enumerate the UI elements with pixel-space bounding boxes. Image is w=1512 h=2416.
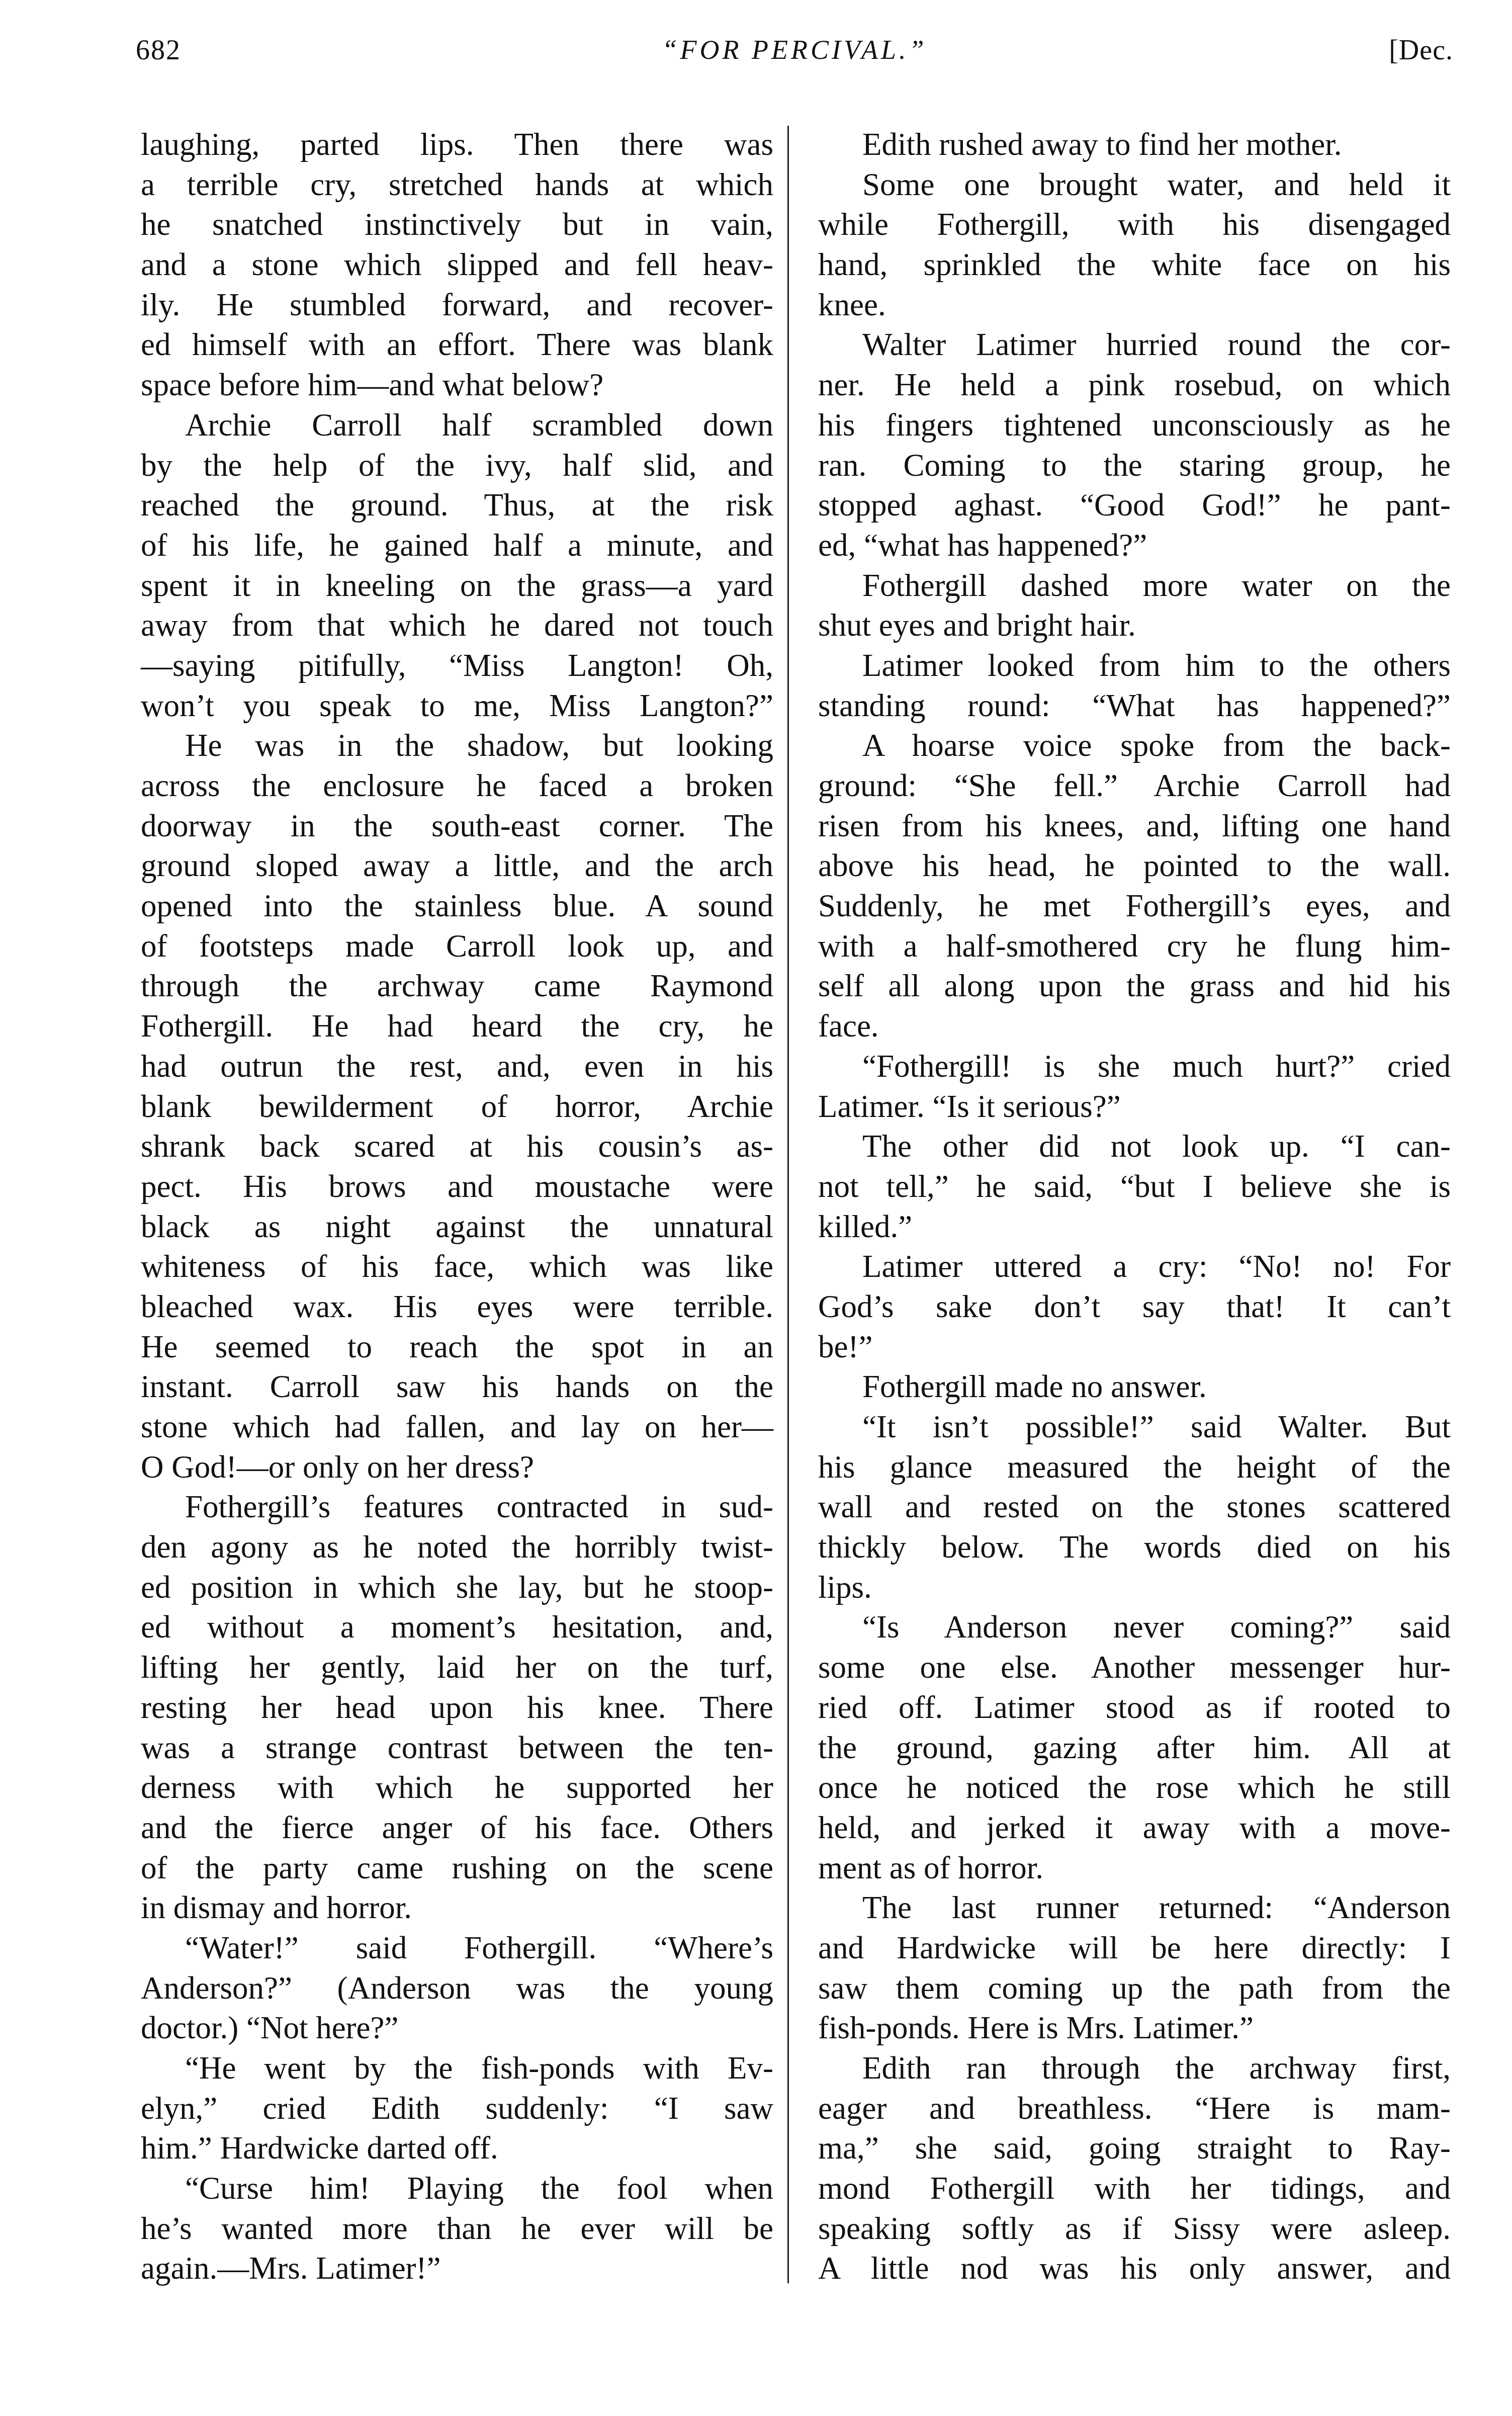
text-line: Edith rushed away to find her mother. — [818, 125, 1451, 165]
text-line: ner. He held a pink rosebud, on which — [818, 365, 1451, 405]
text-line: Latimer looked from him to the others — [818, 646, 1451, 686]
text-line: He was in the shadow, but looking — [141, 726, 773, 766]
text-line-content: wall and rested on the stones scattered — [818, 1487, 1451, 1527]
text-line: again.—Mrs. Latimer!” — [141, 2249, 773, 2289]
text-line: shut eyes and bright hair. — [818, 606, 1451, 646]
text-line: was a strange contrast between the ten- — [141, 1728, 773, 1768]
text-line: The other did not look up. “I can- — [818, 1127, 1451, 1167]
text-line: won’t you speak to me, Miss Langton?” — [141, 686, 773, 726]
text-line: knee. — [818, 285, 1451, 325]
text-line: him.” Hardwicke darted off. — [141, 2128, 773, 2169]
text-line-content: A hoarse voice spoke from the back- — [862, 726, 1451, 766]
text-line-content: ran. Coming to the staring group, he — [818, 446, 1451, 486]
text-line: saw them coming up the path from the — [818, 1968, 1451, 2009]
text-line-content: shrank back scared at his cousin’s as- — [141, 1127, 773, 1167]
text-line: above his head, he pointed to the wall. — [818, 846, 1451, 886]
text-line: elyn,” cried Edith suddenly: “I saw — [141, 2089, 773, 2129]
text-line-content: saw them coming up the path from the — [818, 1968, 1451, 2009]
text-line-content: face. — [818, 1006, 1451, 1047]
text-line-content: Fothergill dashed more water on the — [862, 566, 1451, 606]
text-line-content: his glance measured the height of the — [818, 1447, 1451, 1488]
text-line-content: in dismay and horror. — [141, 1888, 773, 1928]
running-header: 682 “FOR PERCIVAL.” [Dec. — [136, 34, 1453, 74]
text-line: fish-ponds. Here is Mrs. Latimer.” — [818, 2008, 1451, 2048]
text-line: laughing, parted lips. Then there was — [141, 125, 773, 165]
text-line: ed without a moment’s hesitation, and, — [141, 1607, 773, 1648]
text-line-content: above his head, he pointed to the wall. — [818, 846, 1451, 886]
text-line-content: “Curse him! Playing the fool when — [185, 2169, 773, 2209]
text-line: pect. His brows and moustache were — [141, 1167, 773, 1207]
text-line: ed position in which she lay, but he sto… — [141, 1568, 773, 1608]
text-line: wall and rested on the stones scattered — [818, 1487, 1451, 1527]
text-line-content: shut eyes and bright hair. — [818, 606, 1451, 646]
text-line-content: doctor.) “Not here?” — [141, 2008, 773, 2048]
text-line-content: spent it in kneeling on the grass—a yard — [141, 566, 773, 606]
text-line-content: he snatched instinctively but in vain, — [141, 205, 773, 245]
text-line-content: Edith ran through the archway first, — [862, 2048, 1451, 2089]
text-line: “Fothergill! is she much hurt?” cried — [818, 1047, 1451, 1087]
text-line: speaking softly as if Sissy were asleep. — [818, 2209, 1451, 2249]
text-line-content: not tell,” he said, “but I believe she i… — [818, 1167, 1451, 1207]
text-line-content: “Is Anderson never coming?” said — [862, 1607, 1451, 1648]
text-line: once he noticed the rose which he still — [818, 1768, 1451, 1808]
text-line: ried off. Latimer stood as if rooted to — [818, 1688, 1451, 1728]
text-line-content: lifting her gently, laid her on the turf… — [141, 1648, 773, 1688]
text-line: he’s wanted more than he ever will be — [141, 2209, 773, 2249]
text-line-content: held, and jerked it away with a move- — [818, 1808, 1451, 1848]
text-line-content: once he noticed the rose which he still — [818, 1768, 1451, 1808]
text-line: be!” — [818, 1327, 1451, 1367]
text-line-content: blank bewilderment of horror, Archie — [141, 1087, 773, 1127]
text-line-content: hand, sprinkled the white face on his — [818, 245, 1451, 285]
text-line: of the party came rushing on the scene — [141, 1848, 773, 1888]
text-line-content: Archie Carroll half scrambled down — [185, 405, 773, 446]
text-line-content: elyn,” cried Edith suddenly: “I saw — [141, 2089, 773, 2129]
text-line-content: “He went by the fish-ponds with Ev- — [185, 2048, 773, 2089]
text-line: A little nod was his only answer, and — [818, 2249, 1451, 2289]
text-line: doctor.) “Not here?” — [141, 2008, 773, 2048]
left-column: laughing, parted lips. Then there wasa t… — [141, 125, 773, 2289]
text-line: shrank back scared at his cousin’s as- — [141, 1127, 773, 1167]
text-line: ed himself with an effort. There was bla… — [141, 325, 773, 365]
text-line-content: Walter Latimer hurried round the cor- — [862, 325, 1451, 365]
text-line-content: ma,” she said, going straight to Ray- — [818, 2128, 1451, 2169]
text-line-content: standing round: “What has happened?” — [818, 686, 1451, 726]
text-line: risen from his knees, and, lifting one h… — [818, 806, 1451, 846]
text-line-content: had outrun the rest, and, even in his — [141, 1047, 773, 1087]
text-line: hand, sprinkled the white face on his — [818, 245, 1451, 285]
text-line-content: laughing, parted lips. Then there was — [141, 125, 773, 165]
text-line: lifting her gently, laid her on the turf… — [141, 1648, 773, 1688]
text-line-content: “Fothergill! is she much hurt?” cried — [862, 1047, 1451, 1087]
text-line: Some one brought water, and held it — [818, 165, 1451, 205]
text-line-content: Some one brought water, and held it — [862, 165, 1451, 205]
text-line-content: and Hardwicke will be here directly: I — [818, 1928, 1451, 1968]
text-line: held, and jerked it away with a move- — [818, 1808, 1451, 1848]
text-line-content: space before him—and what below? — [141, 365, 773, 405]
text-line: had outrun the rest, and, even in his — [141, 1047, 773, 1087]
text-line-content: “It isn’t possible!” said Walter. But — [862, 1407, 1451, 1447]
text-line-content: He was in the shadow, but looking — [185, 726, 773, 766]
text-line-content: bleached wax. His eyes were terrible. — [141, 1287, 773, 1327]
text-line-content: again.—Mrs. Latimer!” — [141, 2249, 773, 2289]
text-line: ma,” she said, going straight to Ray- — [818, 2128, 1451, 2169]
text-line: “It isn’t possible!” said Walter. But — [818, 1407, 1451, 1447]
text-line-content: knee. — [818, 285, 1451, 325]
text-line-content: pect. His brows and moustache were — [141, 1167, 773, 1207]
text-line: He seemed to reach the spot in an — [141, 1327, 773, 1367]
text-line-content: Latimer uttered a cry: “No! no! For — [862, 1247, 1451, 1287]
text-line-content: doorway in the south-east corner. The — [141, 806, 773, 846]
text-line-content: Fothergill made no answer. — [862, 1367, 1451, 1407]
text-line: the ground, gazing after him. All at — [818, 1728, 1451, 1768]
text-line: “Is Anderson never coming?” said — [818, 1607, 1451, 1648]
text-line-content: away from that which he dared not touch — [141, 606, 773, 646]
text-line: and a stone which slipped and fell heav- — [141, 245, 773, 285]
text-line-content: self all along upon the grass and hid hi… — [818, 966, 1451, 1006]
text-line: in dismay and horror. — [141, 1888, 773, 1928]
text-line: killed.” — [818, 1207, 1451, 1247]
text-line-content: thickly below. The words died on his — [818, 1527, 1451, 1568]
text-line-content: opened into the stainless blue. A sound — [141, 886, 773, 926]
text-line-content: won’t you speak to me, Miss Langton?” — [141, 686, 773, 726]
text-line-content: of the party came rushing on the scene — [141, 1848, 773, 1888]
text-line-content: A little nod was his only answer, and — [818, 2249, 1451, 2289]
text-line-content: and the fierce anger of his face. Others — [141, 1808, 773, 1848]
text-line: some one else. Another messenger hur- — [818, 1648, 1451, 1688]
text-line: through the archway came Raymond — [141, 966, 773, 1006]
text-line: Fothergill made no answer. — [818, 1367, 1451, 1407]
text-line: his glance measured the height of the — [818, 1447, 1451, 1488]
text-line: space before him—and what below? — [141, 365, 773, 405]
text-line: spent it in kneeling on the grass—a yard — [141, 566, 773, 606]
text-line: mond Fothergill with her tidings, and — [818, 2169, 1451, 2209]
text-line-content: ried off. Latimer stood as if rooted to — [818, 1688, 1451, 1728]
text-line: and the fierce anger of his face. Others — [141, 1808, 773, 1848]
text-line-content: The other did not look up. “I can- — [862, 1127, 1451, 1167]
text-line-content: lips. — [818, 1568, 1451, 1608]
text-line: stopped aghast. “Good God!” he pant- — [818, 485, 1451, 526]
text-line-content: O God!—or only on her dress? — [141, 1447, 773, 1488]
text-line-content: Latimer looked from him to the others — [862, 646, 1451, 686]
text-line: by the help of the ivy, half slid, and — [141, 446, 773, 486]
text-line: Latimer uttered a cry: “No! no! For — [818, 1247, 1451, 1287]
text-line-content: across the enclosure he faced a broken — [141, 766, 773, 806]
text-line-content: ner. He held a pink rosebud, on which — [818, 365, 1451, 405]
text-line-content: ed himself with an effort. There was bla… — [141, 325, 773, 365]
text-line: ran. Coming to the staring group, he — [818, 446, 1451, 486]
text-line: bleached wax. His eyes were terrible. — [141, 1287, 773, 1327]
text-line-content: resting her head upon his knee. There — [141, 1688, 773, 1728]
text-line-content: him.” Hardwicke darted off. — [141, 2128, 773, 2169]
text-line: across the enclosure he faced a broken — [141, 766, 773, 806]
text-line-content: ground: “She fell.” Archie Carroll had — [818, 766, 1451, 806]
text-line-content: Edith rushed away to find her mother. — [862, 125, 1451, 165]
text-line-content: through the archway came Raymond — [141, 966, 773, 1006]
text-line: away from that which he dared not touch — [141, 606, 773, 646]
text-line: whiteness of his face, which was like — [141, 1247, 773, 1287]
text-line-content: ily. He stumbled forward, and recover- — [141, 285, 773, 325]
text-line-content: Latimer. “Is it serious?” — [818, 1087, 1451, 1127]
text-line: Fothergill’s features contracted in sud- — [141, 1487, 773, 1527]
text-line-content: risen from his knees, and, lifting one h… — [818, 806, 1451, 846]
text-line: face. — [818, 1006, 1451, 1047]
text-line: doorway in the south-east corner. The — [141, 806, 773, 846]
text-line: self all along upon the grass and hid hi… — [818, 966, 1451, 1006]
text-line: he snatched instinctively but in vain, — [141, 205, 773, 245]
text-line: of footsteps made Carroll look up, and — [141, 926, 773, 967]
text-line-content: the ground, gazing after him. All at — [818, 1728, 1451, 1768]
text-line-content: derness with which he supported her — [141, 1768, 773, 1808]
text-line: “Water!” said Fothergill. “Where’s — [141, 1928, 773, 1968]
running-title: “FOR PERCIVAL.” — [136, 34, 1453, 65]
text-line-content: he’s wanted more than he ever will be — [141, 2209, 773, 2249]
text-line-content: was a strange contrast between the ten- — [141, 1728, 773, 1768]
text-line-content: ground sloped away a little, and the arc… — [141, 846, 773, 886]
text-line-content: of his life, he gained half a minute, an… — [141, 526, 773, 566]
text-line-content: black as night against the unnatural — [141, 1207, 773, 1247]
text-line-content: ed position in which she lay, but he sto… — [141, 1568, 773, 1608]
text-line-content: a terrible cry, stretched hands at which — [141, 165, 773, 205]
text-line-content: The last runner returned: “Anderson — [862, 1888, 1451, 1928]
text-line: a terrible cry, stretched hands at which — [141, 165, 773, 205]
text-line-content: stopped aghast. “Good God!” he pant- — [818, 485, 1451, 526]
text-line-content: be!” — [818, 1327, 1451, 1367]
text-line: Fothergill dashed more water on the — [818, 566, 1451, 606]
text-line: with a half-smothered cry he flung him- — [818, 926, 1451, 967]
text-line: “He went by the fish-ponds with Ev- — [141, 2048, 773, 2089]
text-line-content: reached the ground. Thus, at the risk — [141, 485, 773, 526]
text-line: Fothergill. He had heard the cry, he — [141, 1006, 773, 1047]
text-line-content: ment as of horror. — [818, 1848, 1451, 1888]
text-line: standing round: “What has happened?” — [818, 686, 1451, 726]
text-line: Suddenly, he met Fothergill’s eyes, and — [818, 886, 1451, 926]
text-line: reached the ground. Thus, at the risk — [141, 485, 773, 526]
text-line: Anderson?” (Anderson was the young — [141, 1968, 773, 2009]
text-line: blank bewilderment of horror, Archie — [141, 1087, 773, 1127]
text-line-content: killed.” — [818, 1207, 1451, 1247]
text-line-content: “Water!” said Fothergill. “Where’s — [185, 1928, 773, 1968]
text-line: his fingers tightened unconsciously as h… — [818, 405, 1451, 446]
text-line: “Curse him! Playing the fool when — [141, 2169, 773, 2209]
text-line: black as night against the unnatural — [141, 1207, 773, 1247]
text-line: ground sloped away a little, and the arc… — [141, 846, 773, 886]
text-line: God’s sake don’t say that! It can’t — [818, 1287, 1451, 1327]
text-line: of his life, he gained half a minute, an… — [141, 526, 773, 566]
text-line-content: whiteness of his face, which was like — [141, 1247, 773, 1287]
text-line: ground: “She fell.” Archie Carroll had — [818, 766, 1451, 806]
text-line-content: of footsteps made Carroll look up, and — [141, 926, 773, 967]
text-line-content: ed without a moment’s hesitation, and, — [141, 1607, 773, 1648]
text-line: not tell,” he said, “but I believe she i… — [818, 1167, 1451, 1207]
text-line-content: mond Fothergill with her tidings, and — [818, 2169, 1451, 2209]
text-line-content: Fothergill’s features contracted in sud- — [185, 1487, 773, 1527]
text-line-content: instant. Carroll saw his hands on the — [141, 1367, 773, 1407]
text-line: lips. — [818, 1568, 1451, 1608]
text-line-content: —saying pitifully, “Miss Langton! Oh, — [141, 646, 773, 686]
text-line: den agony as he noted the horribly twist… — [141, 1527, 773, 1568]
text-line-content: stone which had fallen, and lay on her— — [141, 1407, 773, 1447]
text-line: stone which had fallen, and lay on her— — [141, 1407, 773, 1447]
text-line: ment as of horror. — [818, 1848, 1451, 1888]
text-line: Archie Carroll half scrambled down — [141, 405, 773, 446]
text-line: derness with which he supported her — [141, 1768, 773, 1808]
text-line-content: and a stone which slipped and fell heav- — [141, 245, 773, 285]
text-line-content: while Fothergill, with his disengaged — [818, 205, 1451, 245]
text-line-content: by the help of the ivy, half slid, and — [141, 446, 773, 486]
text-line: ed, “what has happened?” — [818, 526, 1451, 566]
text-line: O God!—or only on her dress? — [141, 1447, 773, 1488]
text-line-content: Anderson?” (Anderson was the young — [141, 1968, 773, 2009]
text-line: Edith ran through the archway first, — [818, 2048, 1451, 2089]
text-line: and Hardwicke will be here directly: I — [818, 1928, 1451, 1968]
text-line-content: den agony as he noted the horribly twist… — [141, 1527, 773, 1568]
text-line: instant. Carroll saw his hands on the — [141, 1367, 773, 1407]
text-line-content: some one else. Another messenger hur- — [818, 1648, 1451, 1688]
text-line-content: He seemed to reach the spot in an — [141, 1327, 773, 1367]
column-divider — [787, 126, 789, 2283]
text-line-content: eager and breathless. “Here is mam- — [818, 2089, 1451, 2129]
text-line-content: fish-ponds. Here is Mrs. Latimer.” — [818, 2008, 1451, 2048]
text-line-content: his fingers tightened unconsciously as h… — [818, 405, 1451, 446]
right-column: Edith rushed away to find her mother.Som… — [818, 125, 1451, 2289]
text-line: ily. He stumbled forward, and recover- — [141, 285, 773, 325]
text-line: Walter Latimer hurried round the cor- — [818, 325, 1451, 365]
text-line: A hoarse voice spoke from the back- — [818, 726, 1451, 766]
text-line: resting her head upon his knee. There — [141, 1688, 773, 1728]
text-line: —saying pitifully, “Miss Langton! Oh, — [141, 646, 773, 686]
text-line: The last runner returned: “Anderson — [818, 1888, 1451, 1928]
running-date: [Dec. — [1389, 34, 1453, 66]
text-line-content: God’s sake don’t say that! It can’t — [818, 1287, 1451, 1327]
text-line-content: speaking softly as if Sissy were asleep. — [818, 2209, 1451, 2249]
text-line-content: with a half-smothered cry he flung him- — [818, 926, 1451, 967]
text-line: Latimer. “Is it serious?” — [818, 1087, 1451, 1127]
text-line: while Fothergill, with his disengaged — [818, 205, 1451, 245]
text-line-content: Suddenly, he met Fothergill’s eyes, and — [818, 886, 1451, 926]
text-line: opened into the stainless blue. A sound — [141, 886, 773, 926]
text-line-content: Fothergill. He had heard the cry, he — [141, 1006, 773, 1047]
text-line: eager and breathless. “Here is mam- — [818, 2089, 1451, 2129]
text-line-content: ed, “what has happened?” — [818, 526, 1451, 566]
text-line: thickly below. The words died on his — [818, 1527, 1451, 1568]
